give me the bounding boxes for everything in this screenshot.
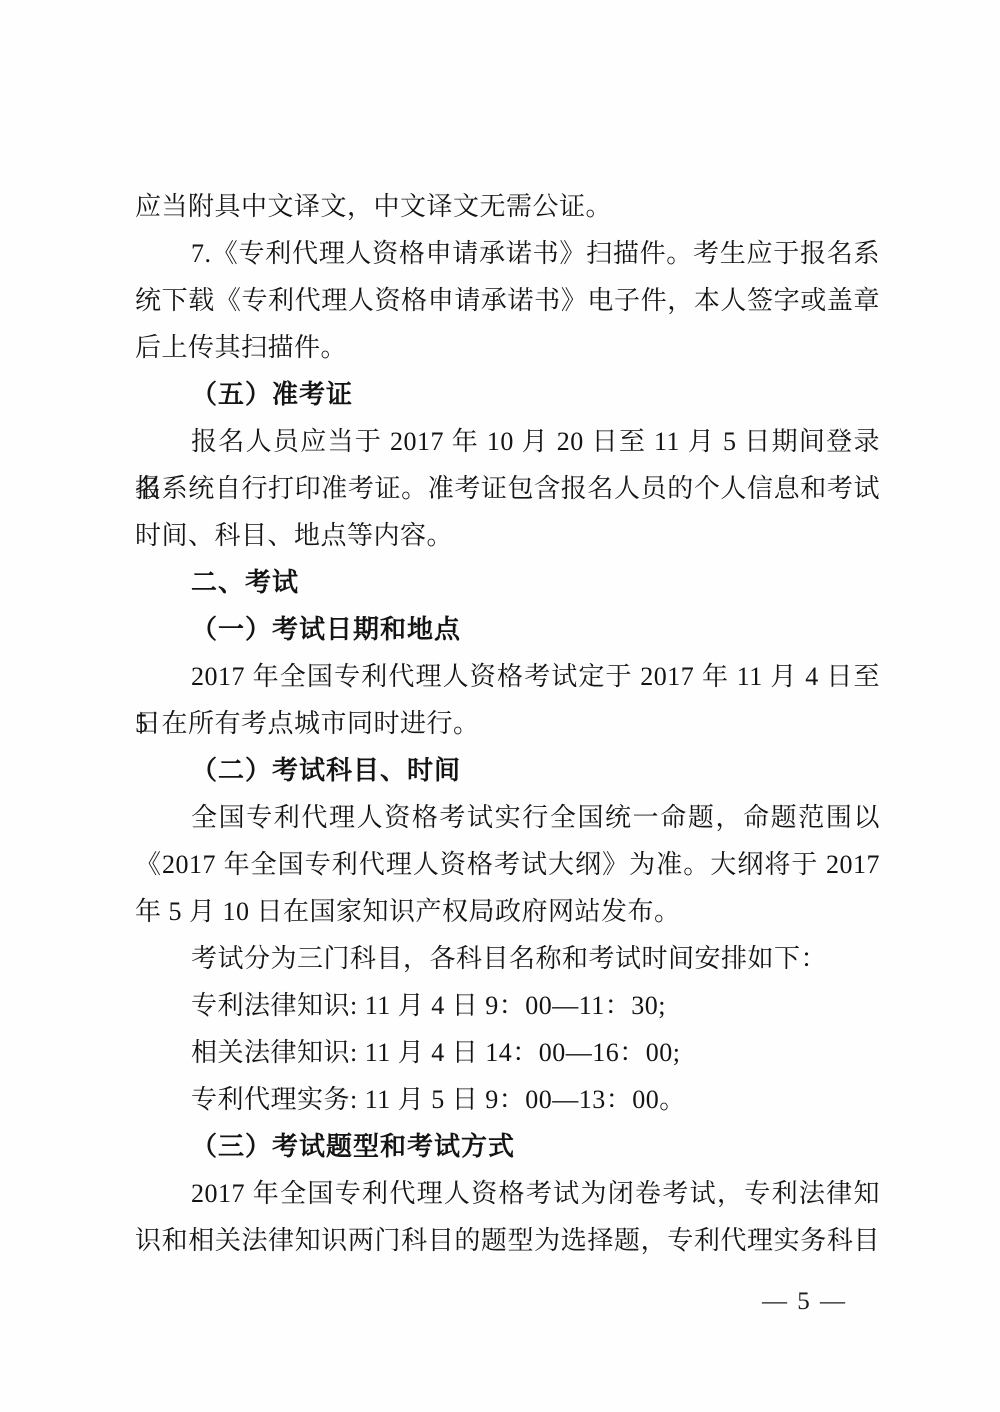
section-heading: （五）准考证 — [135, 371, 880, 418]
exam-schedule-line: 专利法律知识: 11 月 4 日 9：00—11：30; — [135, 982, 880, 1029]
doc-line: 名系统自行打印准考证。准考证包含报名人员的个人信息和考试 — [135, 465, 880, 512]
section-heading: （三）考试题型和考试方式 — [135, 1123, 880, 1170]
doc-line: 后上传其扫描件。 — [135, 324, 880, 371]
doc-line: 2017 年全国专利代理人资格考试定于 2017 年 11 月 4 日至 5 — [135, 653, 880, 700]
doc-line: 识和相关法律知识两门科目的题型为选择题，专利代理实务科目 — [135, 1217, 880, 1264]
doc-line: 日在所有考点城市同时进行。 — [135, 700, 880, 747]
section-heading: （一）考试日期和地点 — [135, 606, 880, 653]
doc-line: 全国专利代理人资格考试实行全国统一命题，命题范围以 — [135, 794, 880, 841]
doc-line: 7.《专利代理人资格申请承诺书》扫描件。考生应于报名系 — [135, 230, 880, 277]
document-body: 应当附具中文译文，中文译文无需公证。 7.《专利代理人资格申请承诺书》扫描件。考… — [135, 183, 880, 1264]
doc-line: 应当附具中文译文，中文译文无需公证。 — [135, 183, 880, 230]
doc-line: 考试分为三门科目，各科目名称和考试时间安排如下： — [135, 935, 880, 982]
doc-line: 《2017 年全国专利代理人资格考试大纲》为准。大纲将于 2017 — [135, 841, 880, 888]
doc-line: 时间、科目、地点等内容。 — [135, 512, 880, 559]
page-number: — 5 — — [762, 1288, 847, 1316]
doc-line: 2017 年全国专利代理人资格考试为闭卷考试，专利法律知 — [135, 1170, 880, 1217]
exam-schedule-line: 相关法律知识: 11 月 4 日 14：00—16：00; — [135, 1029, 880, 1076]
section-heading: （二）考试科目、时间 — [135, 747, 880, 794]
doc-line: 年 5 月 10 日在国家知识产权局政府网站发布。 — [135, 888, 880, 935]
document-page: 应当附具中文译文，中文译文无需公证。 7.《专利代理人资格申请承诺书》扫描件。考… — [0, 0, 1000, 1412]
section-heading: 二、考试 — [135, 559, 880, 606]
exam-schedule-line: 专利代理实务: 11 月 5 日 9：00—13：00。 — [135, 1076, 880, 1123]
doc-line: 统下载《专利代理人资格申请承诺书》电子件，本人签字或盖章 — [135, 277, 880, 324]
doc-line: 报名人员应当于 2017 年 10 月 20 日至 11 月 5 日期间登录报 — [135, 418, 880, 465]
